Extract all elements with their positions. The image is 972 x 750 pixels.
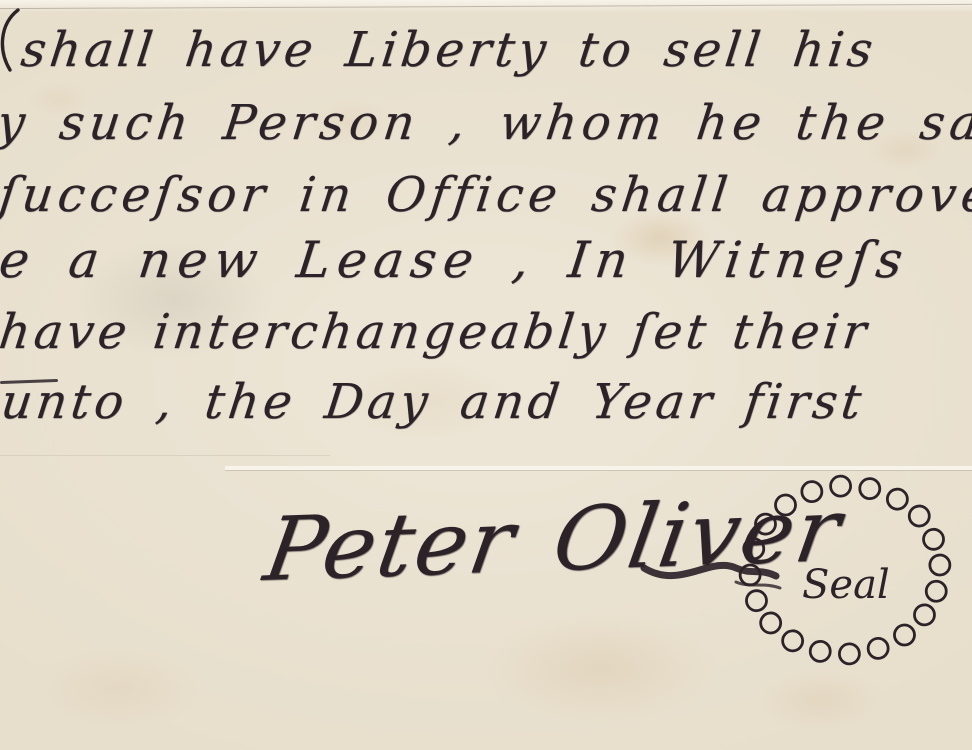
manuscript-page: shall have Liberty to sell his y such Pe… — [0, 0, 972, 750]
seal-label: Seal — [802, 562, 890, 608]
crease-line-top — [0, 4, 972, 9]
seal-stamp: Seal — [731, 466, 959, 673]
manuscript-line: unto , the Day and Year first — [0, 374, 868, 430]
manuscript-line: e a new Lease , In Witneſs — [0, 231, 913, 289]
crease-line-faint — [0, 455, 330, 456]
manuscript-line: have interchangeably ſet their — [0, 304, 873, 360]
crease-line-middle — [225, 466, 972, 470]
manuscript-line: shall have Liberty to sell his — [18, 22, 880, 78]
manuscript-line: y such Person , whom he the said — [0, 95, 972, 151]
manuscript-line: ſucceſsor in Office shall approve — [0, 167, 972, 223]
